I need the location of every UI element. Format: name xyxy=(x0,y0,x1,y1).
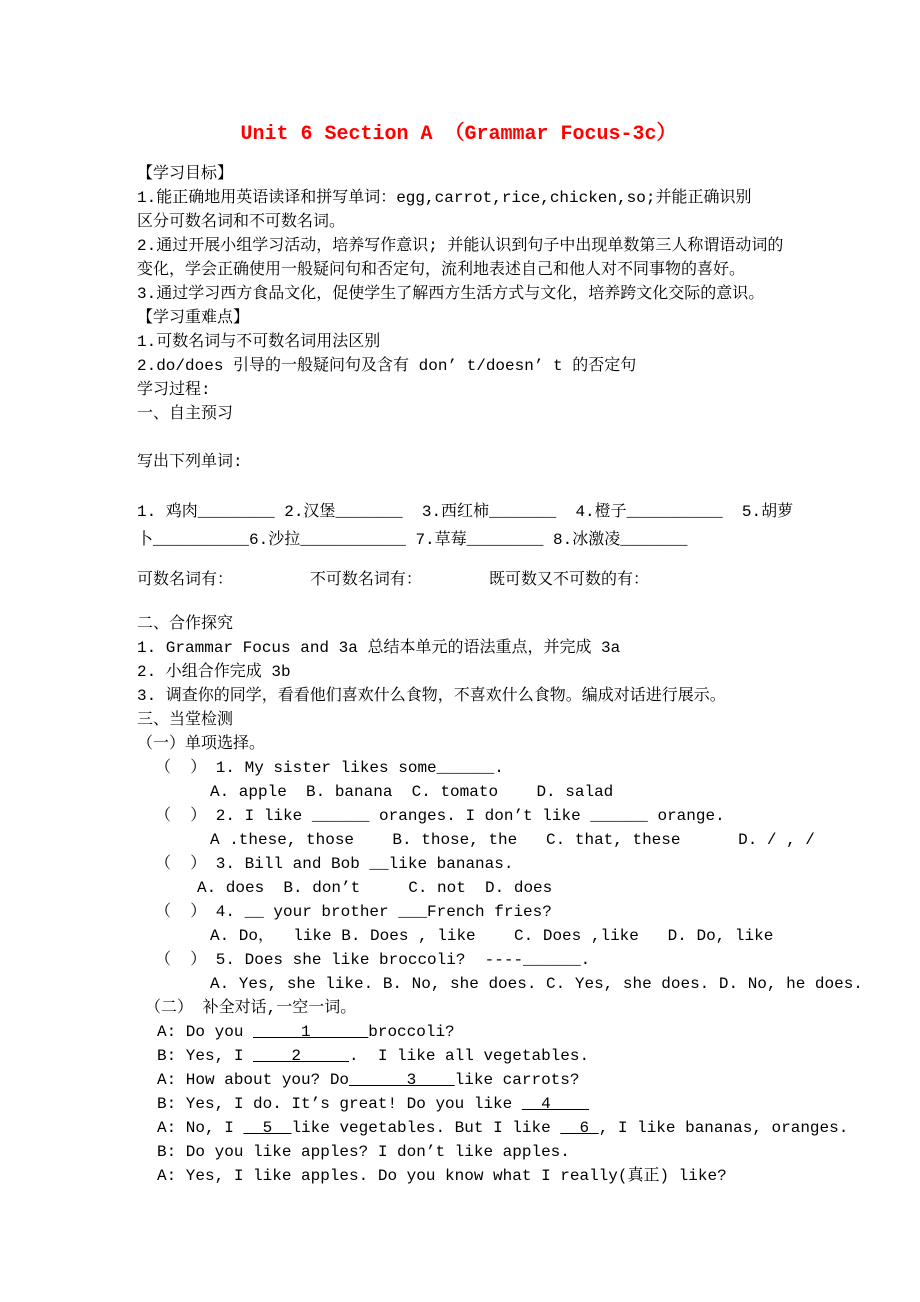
dialog-line-5: A: No, I 5 like vegetables. But I like 6… xyxy=(157,1116,840,1140)
text-run: （一）单项选择。 xyxy=(137,735,265,753)
text-run: A. Do， like B. Does , like C. Does ,like… xyxy=(210,927,773,945)
fill-blank: 1 xyxy=(253,1023,368,1041)
worksheet-page: Unit 6 Section A （Grammar Focus-3c） 【学习目… xyxy=(0,0,920,1302)
text-run: B: Yes, I do. It’s great! Do you like xyxy=(157,1095,522,1113)
text-run: 1.可数名词与不可数名词用法区别 xyxy=(137,333,380,351)
text-run: 2.do/does 引导的一般疑问句及含有 don’ t/doesn’ t 的否… xyxy=(137,357,636,375)
word-list-line-1: 1. 鸡肉________ 2.汉堡_______ 3.西红柿_______ 4… xyxy=(137,498,840,526)
goal-3: 3.通过学习西方食品文化，促使学生了解西方生活方式与文化，培养跨文化交际的意识。 xyxy=(137,282,840,306)
text-run: B: Do you like apples? I don’t like appl… xyxy=(157,1143,570,1161)
text-run: （ ） 5. Does she like broccoli? ----_____… xyxy=(155,951,590,969)
text-run: B: Yes, I xyxy=(157,1047,253,1065)
document-body: 【学习目标】1.能正确地用英语读译和拼写单词：egg,carrot,rice,c… xyxy=(137,162,840,1188)
key-point-2: 2.do/does 引导的一般疑问句及含有 don’ t/doesn’ t 的否… xyxy=(137,354,840,378)
write-words-prompt: 写出下列单词: xyxy=(137,450,840,474)
dialog-line-6: B: Do you like apples? I don’t like appl… xyxy=(157,1140,840,1164)
spacer xyxy=(137,474,840,498)
text-run: , I like bananas, oranges. xyxy=(599,1119,849,1137)
dialog-line-2: B: Yes, I 2 . I like all vegetables. xyxy=(157,1044,840,1068)
dialog-line-4: B: Yes, I do. It’s great! Do you like 4 xyxy=(157,1092,840,1116)
text-run: 三、当堂检测 xyxy=(137,711,233,729)
text-run: 1. 鸡肉________ 2.汉堡_______ 3.西红柿_______ 4… xyxy=(137,503,793,521)
goal-1-cont: 区分可数名词和不可数名词。 xyxy=(137,210,840,234)
mc-question-4: （ ） 4. __ your brother ___French fries? xyxy=(155,900,840,924)
mc-question-1: （ ） 1. My sister likes some______. xyxy=(155,756,840,780)
key-point-1: 1.可数名词与不可数名词用法区别 xyxy=(137,330,840,354)
text-run: （ ） 3. Bill and Bob __like bananas. xyxy=(155,855,513,873)
fill-blank: 4 xyxy=(522,1095,589,1113)
text-run: 2.通过开展小组学习活动，培养写作意识; 并能认识到句子中出现单数第三人称谓语动… xyxy=(137,237,783,255)
text-run: A: No, I xyxy=(157,1119,243,1137)
text-run: A .these, those B. those, the C. that, t… xyxy=(210,831,815,849)
text-run: 写出下列单词: xyxy=(137,453,243,471)
mc-options-1: A. apple B. banana C. tomato D. salad xyxy=(210,780,840,804)
mc-options-5: A. Yes, she like. B. No, she does. C. Ye… xyxy=(210,972,840,996)
text-run: （二） 补全对话,一空一词。 xyxy=(145,999,356,1017)
part-1-heading: （一）单项选择。 xyxy=(137,732,840,756)
text-run: 1. Grammar Focus and 3a 总结本单元的语法重点，并完成 3… xyxy=(137,639,620,657)
text-run: 3.通过学习西方食品文化，促使学生了解西方生活方式与文化，培养跨文化交际的意识。 xyxy=(137,285,764,303)
text-run: 学习过程: xyxy=(137,381,211,399)
text-run: 一、自主预习 xyxy=(137,405,233,423)
spacer xyxy=(137,592,840,612)
text-run: 变化，学会正确使用一般疑问句和否定句，流利地表述自己和他人对不同事物的喜好。 xyxy=(137,261,745,279)
mc-options-4: A. Do， like B. Does , like C. Does ,like… xyxy=(210,924,840,948)
spacer xyxy=(137,554,840,568)
coop-task-3: 3. 调查你的同学，看看他们喜欢什么食物，不喜欢什么食物。编成对话进行展示。 xyxy=(137,684,840,708)
fill-blank: 6 xyxy=(560,1119,598,1137)
mc-options-3: A. does B. don’t C. not D. does xyxy=(197,876,840,900)
text-run: （ ） 1. My sister likes some______. xyxy=(155,759,504,777)
text-run: 区分可数名词和不可数名词。 xyxy=(137,213,345,231)
text-run: A: Yes, I like apples. Do you know what … xyxy=(157,1167,727,1185)
mc-question-2: （ ） 2. I like ______ oranges. I don’t li… xyxy=(155,804,840,828)
mc-options-2: A .these, those B. those, the C. that, t… xyxy=(210,828,840,852)
goal-1: 1.能正确地用英语读译和拼写单词：egg,carrot,rice,chicken… xyxy=(137,186,840,210)
text-run: A. does B. don’t C. not D. does xyxy=(197,879,552,897)
word-list-line-2: 卜__________6.沙拉___________ 7.草莓________ … xyxy=(137,526,840,554)
text-run: 二、合作探究 xyxy=(137,615,233,633)
dialog-line-1: A: Do you 1 broccoli? xyxy=(157,1020,840,1044)
text-run: like vegetables. But I like xyxy=(291,1119,560,1137)
section-1-heading: 一、自主预习 xyxy=(137,402,840,426)
text-run: A. Yes, she like. B. No, she does. C. Ye… xyxy=(210,975,863,993)
text-run: A: How about you? Do xyxy=(157,1071,349,1089)
learning-goals-heading: 【学习目标】 xyxy=(137,162,840,186)
noun-classify-prompt: 可数名词有： 不可数名词有： 既可数又不可数的有： xyxy=(137,568,840,592)
text-run: broccoli? xyxy=(368,1023,454,1041)
goal-2: 2.通过开展小组学习活动，培养写作意识; 并能认识到句子中出现单数第三人称谓语动… xyxy=(137,234,840,258)
spacer xyxy=(137,426,840,450)
coop-task-1: 1. Grammar Focus and 3a 总结本单元的语法重点，并完成 3… xyxy=(137,636,840,660)
text-run: 2. 小组合作完成 3b xyxy=(137,663,291,681)
text-run: . I like all vegetables. xyxy=(349,1047,589,1065)
text-run: 【学习目标】 xyxy=(137,165,233,183)
part-2-heading: （二） 补全对话,一空一词。 xyxy=(145,996,840,1020)
text-run: 3. 调查你的同学，看看他们喜欢什么食物，不喜欢什么食物。编成对话进行展示。 xyxy=(137,687,726,705)
text-run: （ ） 4. __ your brother ___French fries? xyxy=(155,903,552,921)
coop-task-2: 2. 小组合作完成 3b xyxy=(137,660,840,684)
mc-question-5: （ ） 5. Does she like broccoli? ----_____… xyxy=(155,948,840,972)
fill-blank: 5 xyxy=(243,1119,291,1137)
page-title: Unit 6 Section A （Grammar Focus-3c） xyxy=(107,120,810,150)
text-run: A. apple B. banana C. tomato D. salad xyxy=(210,783,613,801)
text-run: 【学习重难点】 xyxy=(137,309,249,327)
text-run: like carrots? xyxy=(455,1071,580,1089)
mc-question-3: （ ） 3. Bill and Bob __like bananas. xyxy=(155,852,840,876)
dialog-line-7: A: Yes, I like apples. Do you know what … xyxy=(157,1164,840,1188)
section-2-heading: 二、合作探究 xyxy=(137,612,840,636)
goal-2-cont: 变化，学会正确使用一般疑问句和否定句，流利地表述自己和他人对不同事物的喜好。 xyxy=(137,258,840,282)
dialog-line-3: A: How about you? Do 3 like carrots? xyxy=(157,1068,840,1092)
text-run: 1.能正确地用英语读译和拼写单词：egg,carrot,rice,chicken… xyxy=(137,189,751,207)
text-run: 卜__________6.沙拉___________ 7.草莓________ … xyxy=(137,531,687,549)
text-run: 可数名词有： 不可数名词有： 既可数又不可数的有： xyxy=(137,571,649,589)
fill-blank: 2 xyxy=(253,1047,349,1065)
text-run: A: Do you xyxy=(157,1023,253,1041)
key-points-heading: 【学习重难点】 xyxy=(137,306,840,330)
fill-blank: 3 xyxy=(349,1071,455,1089)
text-run: （ ） 2. I like ______ oranges. I don’t li… xyxy=(155,807,725,825)
section-3-heading: 三、当堂检测 xyxy=(137,708,840,732)
process-heading: 学习过程: xyxy=(137,378,840,402)
